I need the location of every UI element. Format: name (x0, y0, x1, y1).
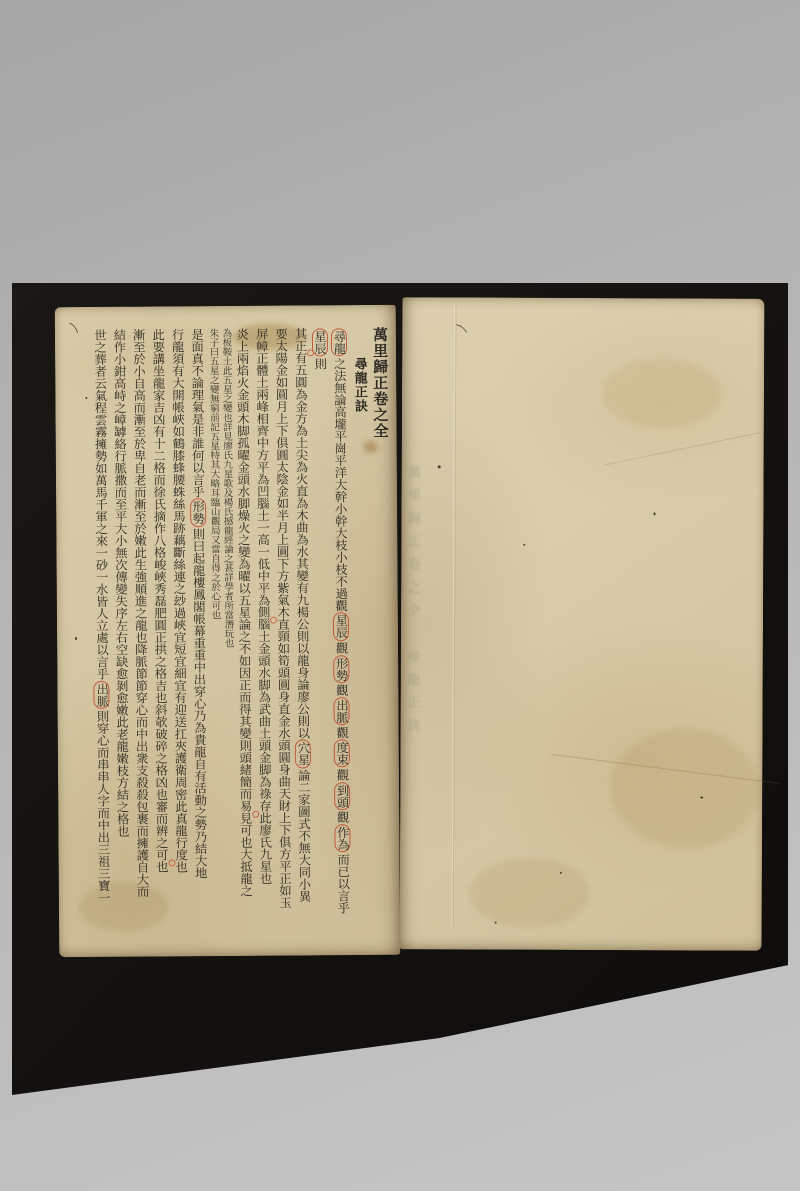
text-segment: 而已以言乎 (336, 853, 350, 914)
text-segment: 可也大抵龍之 (238, 824, 253, 897)
red-circled-term: 到頭 (334, 782, 350, 810)
text-segment: 行龍須有大開帳峽如鶴膝蜂腰蛛絲馬跡藕斷絲連之玅過峽宜短宜細宜有迎送扛夾護衛周密此… (170, 328, 188, 873)
text-segment: 觀 (334, 642, 348, 654)
text-segment: 圓為金方為土尖為火直為木曲為水其變有九楊公則以龍身論廖公則以 (293, 376, 310, 739)
paper-speck (438, 465, 441, 468)
text-segment: 萬里歸正卷之全 (371, 327, 390, 439)
text-segment: 觀 (334, 684, 348, 696)
red-dotted-term: 易見 (238, 800, 252, 824)
blank-verso-page: 萬里歸正卷之全 尋龍正訣 (400, 297, 765, 951)
text-segment: 是面真不論理氣是非誰何以言乎 (189, 328, 204, 497)
upper-crease (603, 432, 760, 466)
manuscript-text-column: 要太陽金如圓月上下俱圓太陰金如半月上圓下方紫氣木直頸如筍頭圓身直金水頭圓身曲天財… (270, 328, 294, 928)
gutter-crease (452, 301, 457, 927)
text-segment: 漸至於小自高而漸至於卑自老而漸至於嫩此生強順進之龍也降脈節節穿心而中出衆支殺殺包… (131, 329, 149, 898)
red-circled-term: 度束 (334, 739, 350, 767)
text-segment: 屏幛正體土兩峰相齊中方平為凹腦土一高一低中平為 (254, 328, 270, 606)
paper-stain (602, 358, 722, 429)
text-segment: 觀 (335, 726, 349, 738)
paper-stain (470, 858, 590, 929)
red-dotted-term: 側腦 (256, 606, 270, 630)
text-segment: 觀 (335, 769, 349, 781)
paper-speck (495, 922, 497, 924)
text-segment: 觀 (335, 811, 349, 823)
paper-speck (523, 544, 525, 546)
hair-mark (449, 321, 469, 340)
text-segment: 之法無論高壠平崗平洋大幹小幹大枝小枝不過觀 (332, 357, 348, 611)
text-segment: 則曰起龍樓鳳閣帳幕重重中出穿心乃為貴龍自有活動之勢乃結大地 (191, 528, 207, 879)
paper-speck (700, 797, 703, 799)
text-segment: 此要講坐龍家吉凶有十二格而徐氏摘作八格峻峽秀磊肥圓正拱之格吉也斜欹破碎之格凶也審… (151, 328, 169, 848)
paper-speck (560, 872, 562, 874)
text-segment: 則 (313, 358, 327, 370)
red-circled-term: 形勢 (333, 655, 349, 683)
manuscript-text: 萬里歸正卷之全尋龍正訣尋龍之法無論高壠平崗平洋大幹小幹大枝小枝不過觀星辰觀形勢觀… (69, 327, 395, 929)
red-circled-term: 尋龍 (331, 328, 347, 356)
manuscript-page: 萬里歸正卷之全尋龍正訣尋龍之法無論高壠平崗平洋大幹小幹大枝小枝不過觀星辰觀形勢觀… (55, 305, 401, 957)
red-dotted-term: 可也 (154, 849, 168, 873)
text-segment: 為板鞍土此五星之變也詳見廖氏九星歌及楊氏撼龍經論之甚詳學者所當潛玩也 (220, 328, 233, 648)
red-circled-term: 作為 (334, 824, 350, 852)
red-dotted-term: 其正有五 (293, 327, 307, 376)
diagonal-crease (551, 754, 779, 784)
manuscript-title-column: 萬里歸正卷之全 (368, 327, 395, 927)
text-segment: 結作小鉗高峙之嶂罅絡行脈撒而至平大小無次傳變失序左右空缺愈剝愈嫩此老龍嫩枝方結之… (112, 329, 130, 837)
red-circled-term: 形勢 (190, 499, 206, 527)
red-circled-term: 星辰 (333, 612, 349, 640)
red-circled-term: 出脈 (94, 681, 110, 709)
bleed-through-text: 萬里歸正卷之全 尋龍正訣 (403, 465, 421, 905)
photo-background: 萬里歸正卷之全 尋龍正訣 萬里歸正卷之全尋龍正訣尋龍之法無論高壠平崗平洋大幹小幹… (0, 0, 800, 1191)
text-segment: 朱子曰五星之變無窮前記五星特其大略耳臨山觀局又當自得之於心可也 (207, 328, 220, 619)
paper-speck (653, 512, 655, 515)
red-circled-term: 穴星 (295, 740, 311, 768)
text-segment: 則穿心而串串人字而中出三祖三寶一 (95, 710, 110, 904)
text-segment: 論二家圖式不無大同小異 (296, 769, 311, 902)
paper-stain (610, 728, 761, 849)
text-segment: 尋龍正訣 (352, 357, 367, 413)
red-circled-term: 出脈 (333, 697, 349, 725)
manuscript-text-column: 尋龍之法無論高壠平崗平洋大幹小幹大枝小枝不過觀星辰觀形勢觀出脈觀度束觀到頭觀作為… (309, 327, 352, 927)
text-segment: 土金頭水脚為武曲土頭金脚為祿存此廖氏九星也 (256, 630, 272, 884)
text-segment: 世之葬者云氣程雲霧擁勢如萬馬千軍之來一砂一水皆人立處以言乎 (92, 329, 108, 680)
text-segment: 炎上兩焰火金頭木脚孤曜金頭水脚燥火之變為曜以五星論之不如因正而得其變則頭緒簡而 (235, 328, 252, 800)
